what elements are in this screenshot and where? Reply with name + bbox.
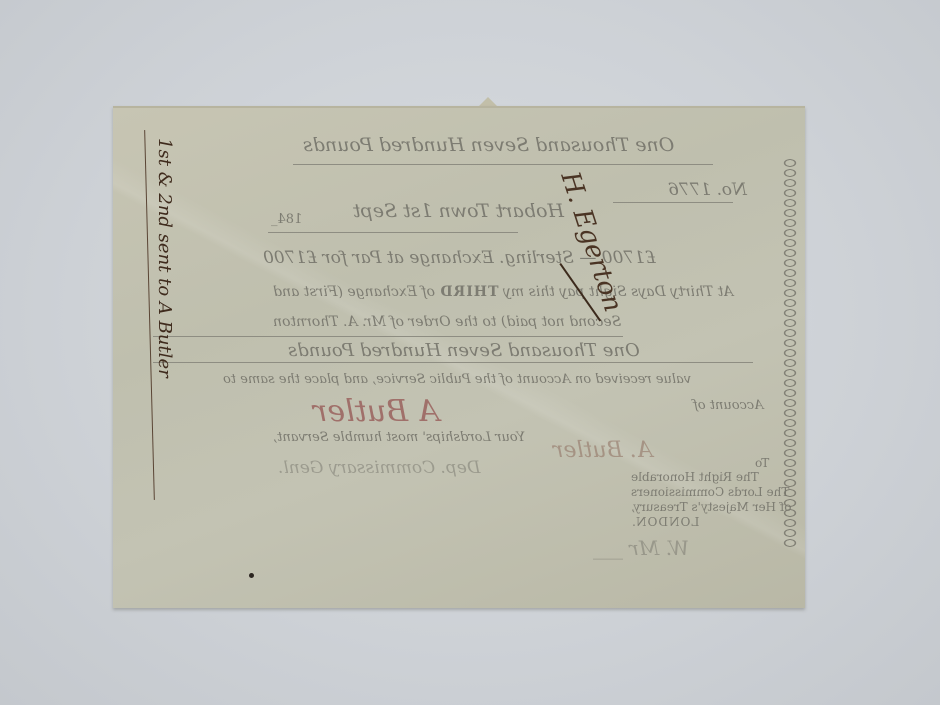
place-date: Hobart Town 1st Sept: [353, 200, 564, 222]
closing-line: Your Lordships' most humble Servant,: [273, 430, 525, 445]
red-signature: A Butler: [313, 394, 439, 429]
top-rule: [293, 164, 713, 165]
order-line: Second not paid) to the Order of Mr. A. …: [273, 314, 621, 330]
lower-left-signature: Dep. Commissary Genl.: [278, 458, 480, 478]
decorative-scroll-border: [781, 158, 799, 548]
amount-rule: [153, 362, 753, 363]
tenor-line: At Thirty Days Sight pay this my THIRD o…: [273, 284, 733, 300]
order-rule: [153, 336, 623, 337]
year: 184_: [271, 212, 302, 227]
top-amount-line: One Thousand Seven Hundred Pounds: [303, 134, 674, 156]
right-faint-signature: A. Butler: [553, 438, 653, 463]
bill-of-exchange-paper: One Thousand Seven Hundred Pounds No. 17…: [113, 106, 805, 608]
side-note: 1st & 2nd sent to A Butler: [154, 138, 175, 378]
number-rule: [613, 202, 733, 203]
value-received-line: value received on Account of the Public …: [223, 372, 691, 387]
lower-right-signature: W. Mr ___: [593, 536, 689, 560]
to-label: To: [755, 456, 769, 470]
ink-blot: [249, 573, 254, 578]
addressee-block: The Right Honorable The Lords Commission…: [631, 470, 792, 530]
account-of-label: Account of: [693, 398, 764, 413]
bill-number: No. 1776: [668, 180, 747, 200]
date-rule: [268, 232, 518, 233]
handwritten-amount: One Thousand Seven Hundred Pounds: [288, 340, 640, 361]
